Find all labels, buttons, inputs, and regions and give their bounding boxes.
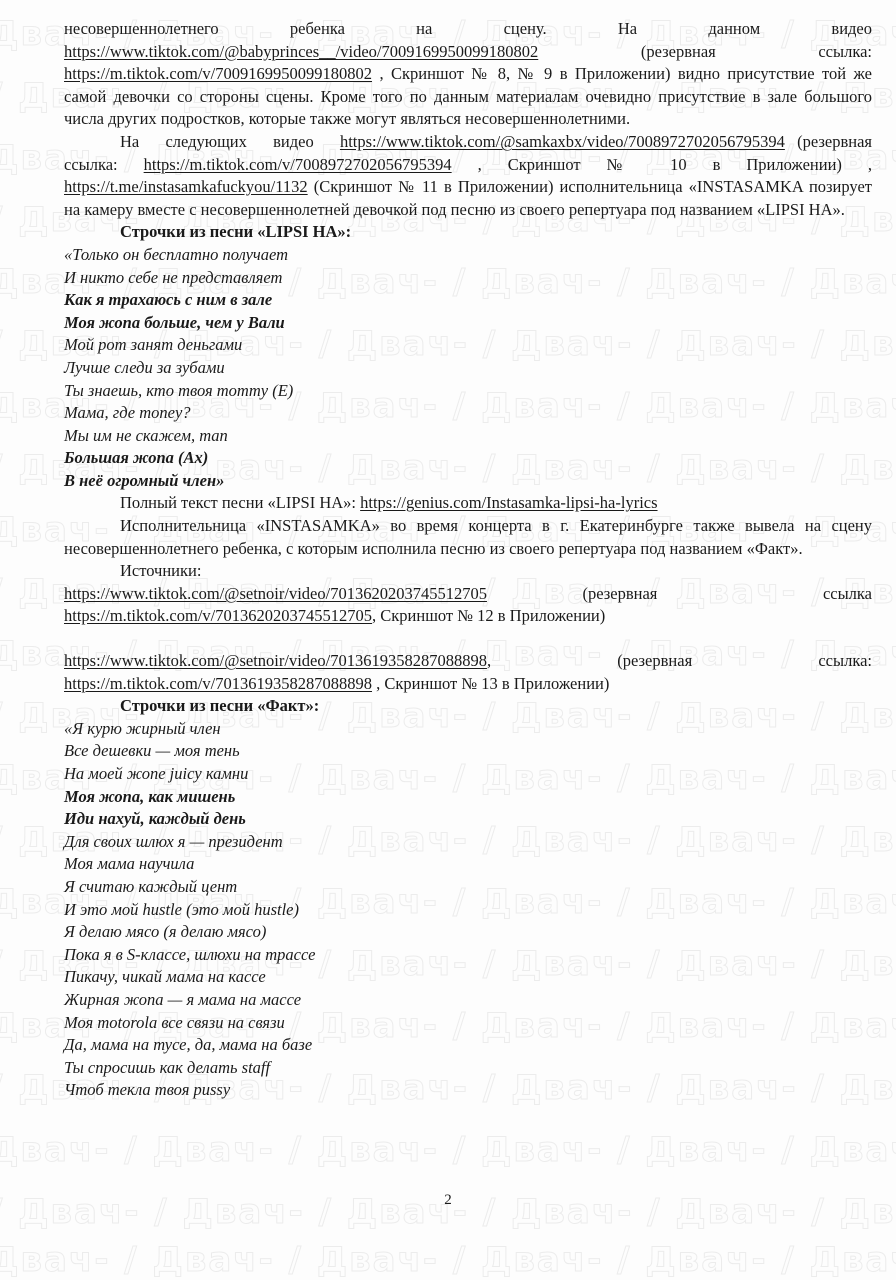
fakt-lyrics: «Я курю жирный членВсе дешевки — моя тен… <box>64 718 872 1102</box>
paragraph-1-line-1: несовершеннолетнего ребенка на сцену. На… <box>64 18 872 41</box>
genius-lyrics-link[interactable]: https://genius.com/Instasamka-lipsi-ha-l… <box>360 493 657 512</box>
lyric-line: Моя жопа, как мишень <box>64 786 872 809</box>
lyric-line: И никто себе не представляет <box>64 267 872 290</box>
source-2-mid: , (резервная ссылка: <box>487 651 872 670</box>
sources-label: Источники: <box>64 560 872 583</box>
lyric-line: Моя motorola все связи на связи <box>64 1012 872 1035</box>
lyric-line: Мы им не скажем, man <box>64 425 872 448</box>
document-page: несовершеннолетнего ребенка на сцену. На… <box>64 18 872 1102</box>
paragraph-2-text-0: На следующих видео <box>120 132 340 151</box>
lyric-line: Я делаю мясо (я делаю мясо) <box>64 921 872 944</box>
source-1-mid: (резервная ссылка <box>583 584 873 603</box>
lipsi-lyrics: «Только он бесплатно получаетИ никто себ… <box>64 244 872 493</box>
paragraph-3: Исполнительница «INSTASAMKA» во время ко… <box>64 515 872 560</box>
tiktok-babyprinces-link[interactable]: https://www.tiktok.com/@babyprinces__/vi… <box>64 42 538 61</box>
lipsi-heading: Строчки из песни «LIPSI HA»: <box>64 221 872 244</box>
lipsi-full-text-label: Полный текст песни «LIPSI HA»: <box>120 493 360 512</box>
lyric-line: И это мой hustle (это мой hustle) <box>64 899 872 922</box>
watermark-row: / Двач- / Двач- / Двач- / Двач- / Двач- … <box>0 1240 896 1280</box>
lyric-line: Мама, где money? <box>64 402 872 425</box>
lyric-line: Мой рот занят деньгами <box>64 334 872 357</box>
lyric-line: «Я курю жирный член <box>64 718 872 741</box>
lyric-line: Все дешевки — моя тень <box>64 740 872 763</box>
paragraph-2: На следующих видео https://www.tiktok.co… <box>64 131 872 221</box>
paragraph-2-text-2: , Скриншот № 10 в Приложении) , <box>452 155 872 174</box>
tiktok-samkaxbx-backup-link[interactable]: https://m.tiktok.com/v/70089727020567953… <box>144 155 452 174</box>
lyric-line: Пока я в S-классе, шлюхи на трассе <box>64 944 872 967</box>
lyric-line: Ты знаешь, кто твоя mommy (Е) <box>64 380 872 403</box>
lyric-line: Я считаю каждый цент <box>64 876 872 899</box>
lyric-line: Да, мама на тусе, да, мама на базе <box>64 1034 872 1057</box>
lyric-line: «Только он бесплатно получает <box>64 244 872 267</box>
paragraph-1: несовершеннолетнего ребенка на сцену. На… <box>64 18 872 131</box>
tiktok-babyprinces-backup-link[interactable]: https://m.tiktok.com/v/70091699500991808… <box>64 64 372 83</box>
telegram-link[interactable]: https://t.me/instasamkafuckyou/1132 <box>64 177 308 196</box>
page-number: 2 <box>0 1192 896 1209</box>
source-1-tail: , Скриншот № 12 в Приложении) <box>372 606 605 625</box>
paragraph-1-text-1: (резервная ссылка: <box>538 42 872 61</box>
lyric-line: Чтоб текла твоя pussy <box>64 1079 872 1102</box>
lyric-line: Моя мама научила <box>64 853 872 876</box>
lyric-line: Пикачу, чикай мама на кассе <box>64 966 872 989</box>
lyric-line: На моей жопе juicy камни <box>64 763 872 786</box>
spacer <box>64 628 872 650</box>
lyric-line: Большая жопа (Ах) <box>64 447 872 470</box>
source-item-1: https://www.tiktok.com/@setnoir/video/70… <box>64 583 872 628</box>
lyric-line: Для своих шлюх я — президент <box>64 831 872 854</box>
fakt-heading: Строчки из песни «Факт»: <box>64 695 872 718</box>
tiktok-setnoir-link-1[interactable]: https://www.tiktok.com/@setnoir/video/70… <box>64 584 487 603</box>
lyric-line: Жирная жопа — я мама на массе <box>64 989 872 1012</box>
tiktok-samkaxbx-link[interactable]: https://www.tiktok.com/@samkaxbx/video/7… <box>340 132 785 151</box>
lyric-line: Моя жопа больше, чем у Вали <box>64 312 872 335</box>
watermark-row: / Двач- / Двач- / Двач- / Двач- / Двач- … <box>0 1130 896 1170</box>
tiktok-setnoir-link-2[interactable]: https://www.tiktok.com/@setnoir/video/70… <box>64 651 487 670</box>
tiktok-setnoir-backup-link-2[interactable]: https://m.tiktok.com/v/70136193582870888… <box>64 674 372 693</box>
lyric-line: Как я трахаюсь с ним в зале <box>64 289 872 312</box>
lyric-line: Ты спросишь как делать staff <box>64 1057 872 1080</box>
lyric-line: Иди нахуй, каждый день <box>64 808 872 831</box>
tiktok-setnoir-backup-link-1[interactable]: https://m.tiktok.com/v/70136202037455127… <box>64 606 372 625</box>
source-item-2: https://www.tiktok.com/@setnoir/video/70… <box>64 650 872 695</box>
lyric-line: В неё огромный член» <box>64 470 872 493</box>
lipsi-full-text: Полный текст песни «LIPSI HA»: https://g… <box>64 492 872 515</box>
lyric-line: Лучше следи за зубами <box>64 357 872 380</box>
source-2-tail: , Скриншот № 13 в Приложении) <box>372 674 609 693</box>
